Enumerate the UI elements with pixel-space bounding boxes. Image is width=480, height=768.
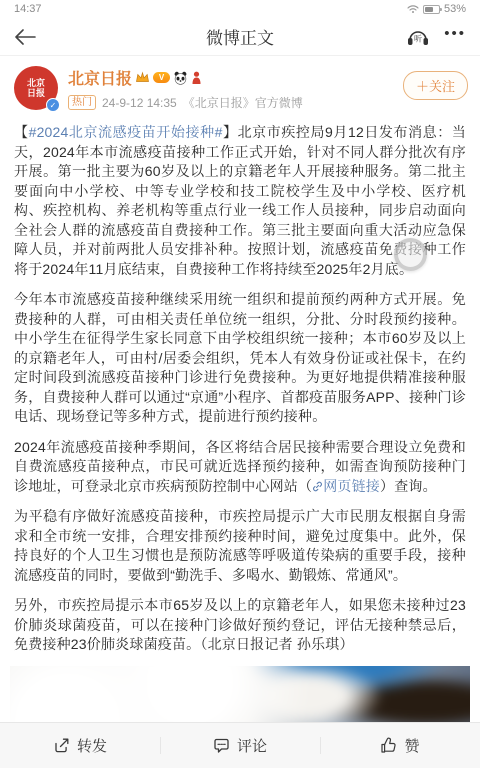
listen-audio-button[interactable]: 听 xyxy=(406,27,430,47)
verified-badge-icon: ✓ xyxy=(46,98,60,112)
listen-char: 听 xyxy=(414,33,422,43)
webpage-link[interactable]: 网页链接 xyxy=(312,478,380,494)
wifi-icon xyxy=(407,4,419,14)
clock: 14:37 xyxy=(14,3,42,15)
paragraph-3-tail: ）查询。 xyxy=(380,478,437,494)
comment-icon xyxy=(213,737,230,754)
crown-vip-icon xyxy=(135,71,150,84)
weibo-post-screen: 14:37 53% 微博正文 xyxy=(0,0,480,768)
floating-assistive-ball[interactable] xyxy=(394,238,427,271)
avatar[interactable]: 北京 日报 ✓ xyxy=(14,66,58,110)
paragraph-5: 另外，市疾控局提示本市65岁及以上的京籍老年人，如果您未接种过23价肺炎球菌疫苗… xyxy=(14,596,466,655)
battery-icon xyxy=(423,5,440,14)
back-button[interactable] xyxy=(14,29,36,45)
paragraph-4: 为平稳有序做好流感疫苗接种，市疾控局提示广大市民朋友根据自身需求和全市统一安排，… xyxy=(14,507,466,585)
mascot-icon xyxy=(191,71,202,85)
repost-label: 转发 xyxy=(77,735,107,756)
like-label: 赞 xyxy=(404,735,419,756)
avatar-logo-line1: 北京 xyxy=(27,78,45,88)
more-menu-button[interactable]: ••• xyxy=(444,26,466,47)
repost-icon xyxy=(53,737,70,754)
repost-button[interactable]: 转发 xyxy=(0,723,160,768)
author-name[interactable]: 北京日报 xyxy=(68,66,132,89)
status-bar: 14:37 53% xyxy=(0,0,480,18)
hot-tag: 热门 xyxy=(68,95,96,110)
gold-v-badge-icon: V xyxy=(153,72,170,83)
post-header: 北京 日报 ✓ 北京日报 V xyxy=(0,56,480,117)
follow-button[interactable]: ＋关注 xyxy=(403,71,468,100)
post-timestamp: 24-9-12 14:35 xyxy=(102,96,177,110)
post-body: 【#2024北京流感疫苗开始接种#】北京市疾控局9月12日发布消息：当天，202… xyxy=(0,117,480,655)
link-icon xyxy=(312,481,323,492)
nav-bar: 微博正文 听 ••• xyxy=(0,18,480,56)
panda-icon xyxy=(173,71,188,85)
bracket-open: 【 xyxy=(14,124,29,140)
battery-percent: 53% xyxy=(444,3,466,15)
hashtag-link[interactable]: #2024北京流感疫苗开始接种# xyxy=(29,124,223,140)
paragraph-3: 2024年流感疫苗接种季期间，各区将结合居民接种需要合理设立免费和自费流感疫苗接… xyxy=(14,438,466,497)
paragraph-2: 今年本市流感疫苗接种继续采用统一组织和提前预约两种方式开展。免费接种的人群，可由… xyxy=(14,290,466,427)
post-source[interactable]: 《北京日报》官方微博 xyxy=(183,94,303,111)
action-bar: 转发 评论 赞 xyxy=(0,722,480,768)
bracket-close: 】 xyxy=(223,124,238,140)
comment-button[interactable]: 评论 xyxy=(160,723,320,768)
like-button[interactable]: 赞 xyxy=(320,723,480,768)
like-icon xyxy=(380,737,397,754)
avatar-logo-line2: 日报 xyxy=(27,88,45,98)
comment-label: 评论 xyxy=(237,735,267,756)
